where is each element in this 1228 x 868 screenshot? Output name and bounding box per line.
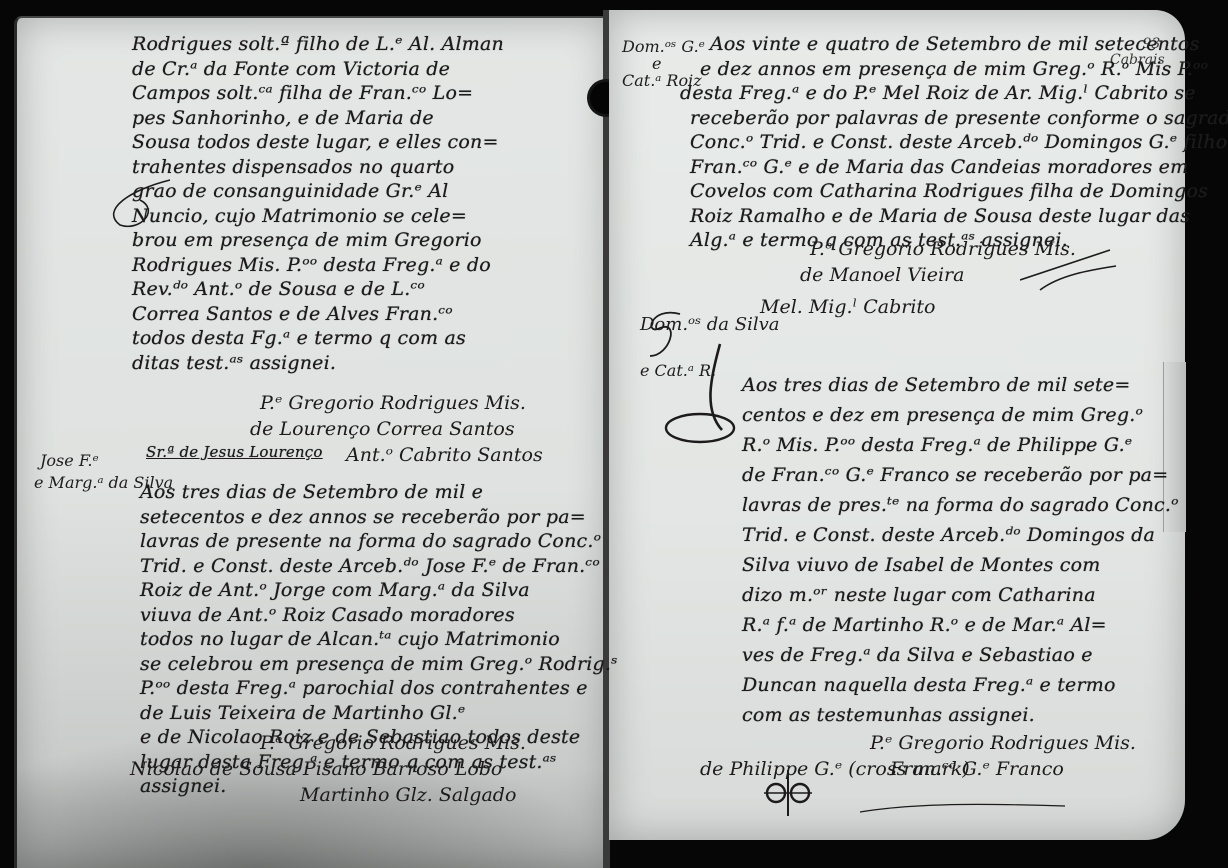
- text-line: R.ᵃ f.ᵃ de Martinho R.ᵒ e de Mar.ᵃ Al=: [742, 610, 1179, 640]
- text-line: de Cr.ᵃ da Fonte com Victoria de: [132, 57, 504, 82]
- text-line: trahentes dispensados no quarto: [132, 155, 504, 180]
- right-entry-first: Aos vinte e quatro de Setembro de mil se…: [690, 32, 1228, 253]
- text-line: Covelos com Catharina Rodrigues filha de…: [690, 179, 1228, 204]
- text-line: ditas test.ᵃˢ assignei.: [132, 351, 504, 376]
- text-line: de Fran.ᶜᵒ G.ᵉ Franco se receberão por p…: [742, 460, 1179, 490]
- text-line: Rev.ᵈᵒ Ant.ᵒ de Sousa e de L.ᶜᵒ: [132, 277, 504, 302]
- text-line: Trid. e Const. deste Arceb.ᵈᵒ Domingos d…: [742, 520, 1179, 550]
- text-line: grao de consanguinidade Gr.ᵉ Al: [132, 179, 504, 204]
- right-entry-second: Aos tres dias de Setembro de mil sete= c…: [742, 370, 1179, 730]
- text-line: todos desta Fg.ᵃ e termo q com as: [132, 326, 504, 351]
- signature-witness: de Manoel Vieira: [800, 262, 1076, 288]
- text-line: de Luis Teixeira de Martinho Gl.ᵉ: [140, 701, 618, 726]
- text-line: Trid. e Const. deste Arceb.ᵈᵒ Jose F.ᵉ d…: [140, 554, 618, 579]
- text-line: receberão por palavras de presente confo…: [690, 106, 1228, 131]
- text-line: e dez annos em presença de mim Greg.ᵒ R.…: [700, 57, 1228, 82]
- text-line: Roiz Ramalho e de Maria de Sousa deste l…: [690, 204, 1228, 229]
- signature-witness: Fran.ᶜᵒ G.ᵉ Franco: [890, 756, 1136, 782]
- signature-witness: Martinho Glz. Salgado: [300, 782, 526, 808]
- text-line: Correa Santos e de Alves Fran.ᶜᵒ: [132, 302, 504, 327]
- text-line: viuva de Ant.ᵒ Roiz Casado moradores: [140, 603, 618, 628]
- text-line: centos e dez em presença de mim Greg.ᵒ: [742, 400, 1179, 430]
- heading-text: Sr.ª de Jesus Lourenço: [146, 440, 323, 465]
- left-entry-continuation: Rodrigues solt.ª filho de L.ᵉ Al. Alman …: [132, 32, 504, 375]
- text-line: dizo m.ᵒʳ neste lugar com Catharina: [742, 580, 1179, 610]
- text-line: Campos solt.ᶜᵃ filha de Fran.ᶜᵒ Lo=: [132, 81, 504, 106]
- text-line: Aos tres dias de Setembro de mil e: [140, 480, 618, 505]
- signature-witness: de Lourenço Correa Santos: [250, 416, 543, 442]
- text-line: desta Freg.ᵃ e do P.ᵉ Mel Roiz de Ar. Mi…: [680, 81, 1228, 106]
- signature-priest: P.ᵉ Gregorio Rodrigues Mis.: [260, 730, 526, 756]
- text-line: Rodrigues Mis. P.ᵒᵒ desta Freg.ᵃ e do: [132, 253, 504, 278]
- manuscript-scan: Rodrigues solt.ª filho de L.ᵉ Al. Alman …: [0, 0, 1228, 868]
- text-line: setecentos e dez annos se receberão por …: [140, 505, 618, 530]
- text-line: Sousa todos deste lugar, e elles con=: [132, 130, 504, 155]
- text-line: brou em presença de mim Gregorio: [132, 228, 504, 253]
- margin-note-line: Dom.ᵒˢ da Silva: [640, 314, 780, 336]
- right-first-signatures: P.ᵉ Gregorio Rodrigues Mis. de Manoel Vi…: [780, 236, 1076, 320]
- text-line: todos no lugar de Alcan.ᵗᵃ cujo Matrimon…: [140, 627, 618, 652]
- text-line: R.ᵒ Mis. P.ᵒᵒ desta Freg.ᵃ de Philippe G…: [742, 430, 1179, 460]
- cross-mark-icon: [758, 768, 818, 818]
- text-line: se celebrou em presença de mim Greg.ᵒ Ro…: [140, 652, 618, 677]
- text-line: Rodrigues solt.ª filho de L.ᵉ Al. Alman: [132, 32, 504, 57]
- text-line: Aos vinte e quatro de Setembro de mil se…: [710, 32, 1228, 57]
- text-line: Duncan naquella desta Freg.ᵃ e termo: [742, 670, 1179, 700]
- left-underlined-heading: Sr.ª de Jesus Lourenço: [146, 440, 323, 465]
- text-line: lavras de pres.ᵗᵉ na forma do sagrado Co…: [742, 490, 1179, 520]
- text-line: P.ᵒᵒ desta Freg.ᵃ parochial dos contrahe…: [140, 676, 618, 701]
- signature-priest: P.ᵉ Gregorio Rodrigues Mis.: [870, 730, 1136, 756]
- text-line: Roiz de Ant.ᵒ Jorge com Marg.ᵃ da Silva: [140, 578, 618, 603]
- text-line: Silva viuvo de Isabel de Montes com: [742, 550, 1179, 580]
- signature-witness: Ant.ᵒ Cabrito Santos: [346, 442, 543, 468]
- text-line: Fran.ᶜᵒ G.ᵉ e de Maria das Candeias mora…: [690, 155, 1228, 180]
- signature-witness: Nicolao de Sousa Pisano Barroso Lobo: [130, 756, 526, 782]
- text-line: Aos tres dias de Setembro de mil sete=: [742, 370, 1179, 400]
- text-line: Conc.ᵒ Trid. e Const. deste Arceb.ᵈᵒ Dom…: [690, 130, 1228, 155]
- text-line: lavras de presente na forma do sagrado C…: [140, 529, 618, 554]
- text-line: pes Sanhorinho, e de Maria de: [132, 106, 504, 131]
- text-line: Nuncio, cujo Matrimonio se cele=: [132, 204, 504, 229]
- text-line: com as testemunhas assignei.: [742, 700, 1179, 730]
- signature-priest: P.ᵉ Gregorio Rodrigues Mis.: [810, 236, 1076, 262]
- signature-priest: P.ᵉ Gregorio Rodrigues Mis.: [260, 390, 543, 416]
- left-second-signatures: P.ᵉ Gregorio Rodrigues Mis. Nicolao de S…: [150, 730, 526, 808]
- text-line: ves de Freg.ᵃ da Silva e Sebastiao e: [742, 640, 1179, 670]
- signature-witness: Mel. Mig.ˡ Cabrito: [760, 294, 1076, 320]
